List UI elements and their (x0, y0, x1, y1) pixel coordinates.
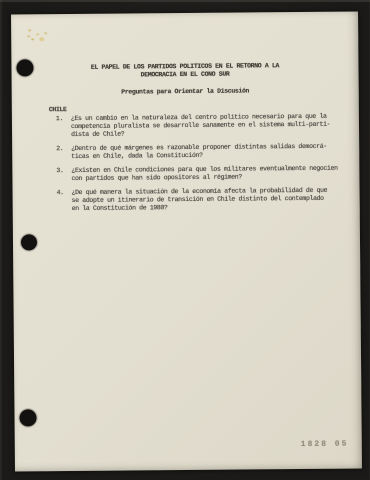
scanned-page-background: EL PAPEL DE LOS PARTIDOS POLITICOS EN EL… (0, 0, 370, 480)
question-item: 3. ¿Existen en Chile condiciones para qu… (56, 165, 349, 183)
paper-stain-specks (28, 29, 31, 31)
punch-hole-bottom (19, 409, 36, 426)
question-number: 4. (57, 189, 72, 213)
punch-hole-middle (21, 234, 37, 250)
question-item: 1. ¿Es un cambio en la naturaleza del ce… (56, 113, 349, 139)
question-number: 3. (56, 167, 71, 183)
question-text: ¿Existen en Chile condiciones para que l… (71, 165, 337, 183)
document-paper: EL PAPEL DE LOS PARTIDOS POLITICOS EN EL… (11, 11, 362, 471)
question-number: 1. (56, 115, 71, 139)
question-text: ¿De qué manera la situación de la econom… (72, 187, 328, 213)
question-text: ¿Es un cambio en la naturaleza del centr… (71, 113, 330, 139)
document-subtitle: Preguntas para Orientar la Discusión (12, 86, 359, 97)
question-text: ¿Dentro de qué márgenes es razonable pro… (71, 143, 327, 161)
question-list: 1. ¿Es un cambio en la naturaleza del ce… (56, 113, 350, 220)
question-item: 2. ¿Dentro de qué márgenes es razonable … (56, 142, 349, 160)
section-heading-chile: CHILE (49, 106, 67, 114)
question-number: 2. (56, 145, 71, 161)
document-title-line2: DEMOCRACIA EN EL CONO SUR (12, 69, 359, 80)
archive-stamp-number: 1828 05 (301, 440, 349, 449)
question-item: 4. ¿De qué manera la situación de la eco… (57, 187, 350, 213)
document-title: EL PAPEL DE LOS PARTIDOS POLITICOS EN EL… (11, 61, 358, 80)
